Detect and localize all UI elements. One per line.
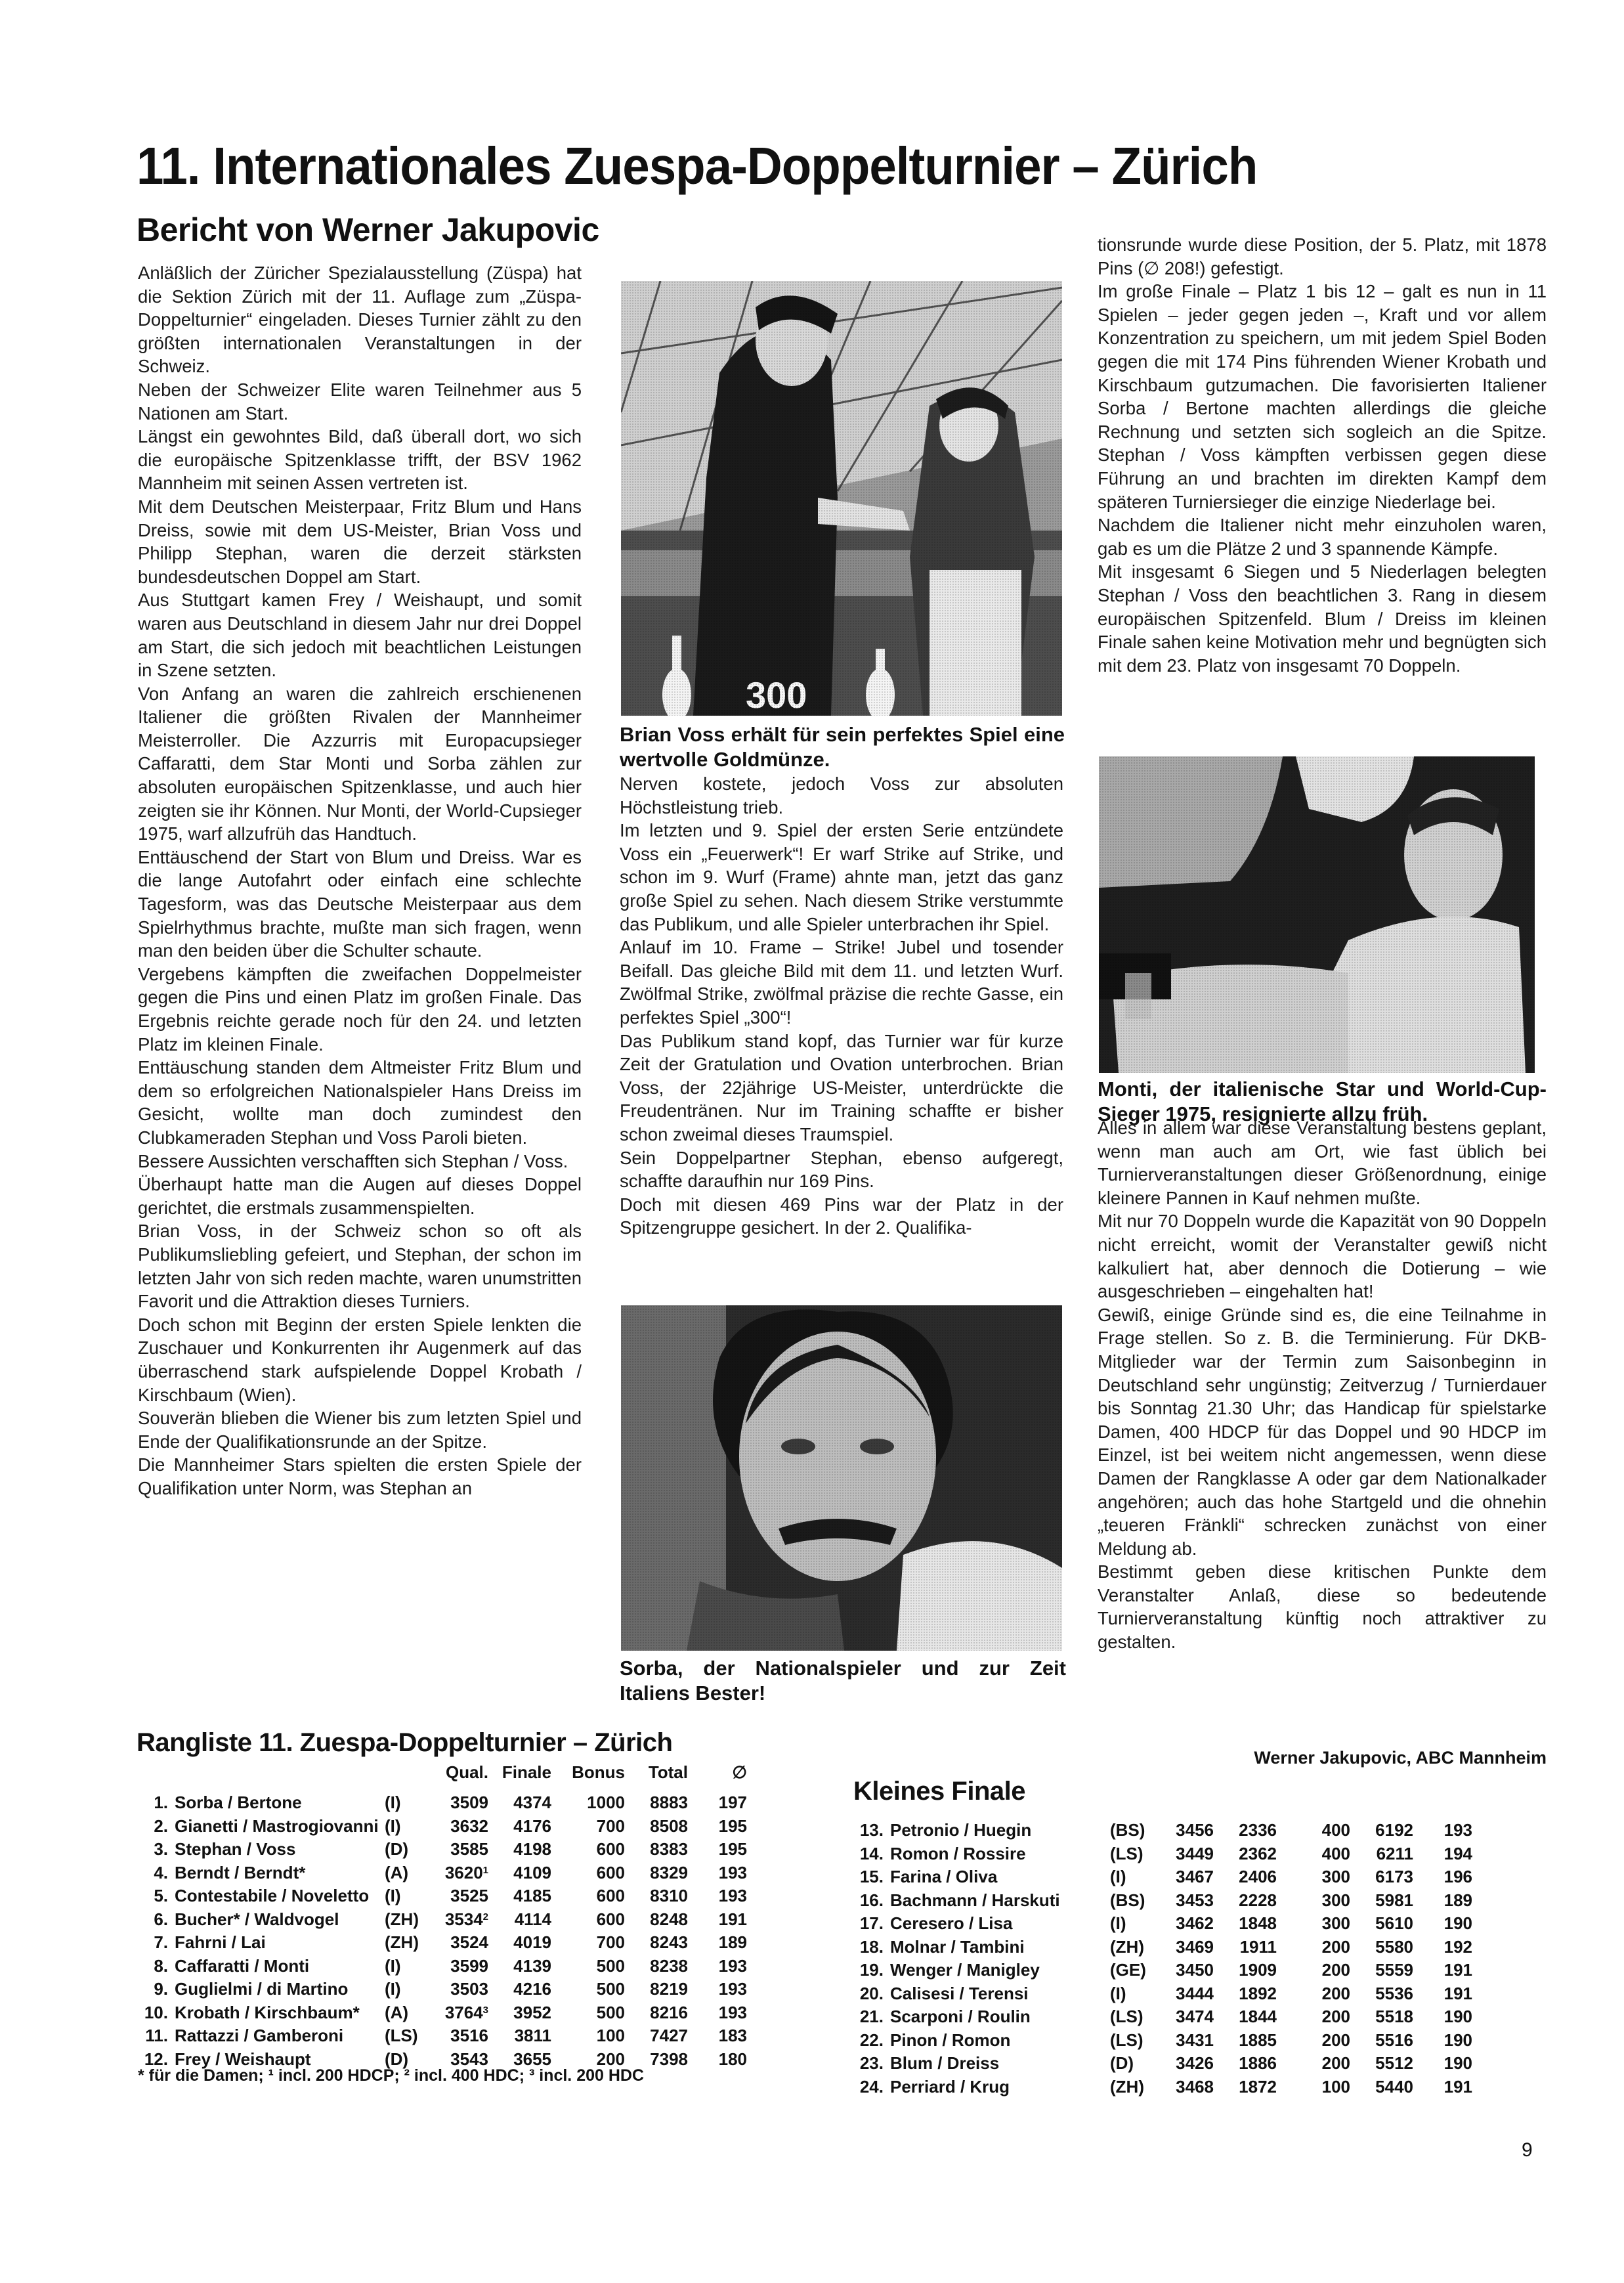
average-cell-value: 195 <box>719 1816 747 1836</box>
finale-cell-value: 1911 <box>1240 1937 1277 1957</box>
finale-cell-value: 4109 <box>513 1863 551 1882</box>
qual-cell: 37643 <box>431 2001 488 2025</box>
rank-cell-value: 1. <box>154 1793 168 1812</box>
total-cell-value: 6192 <box>1375 1820 1413 1840</box>
rank-cell-value: 16. <box>860 1890 884 1910</box>
total-cell: 8238 <box>625 1955 688 1978</box>
finale-cell-value: 2228 <box>1239 1890 1277 1910</box>
article-column-1: Anläßlich der Züricher Spezialausstellun… <box>138 261 582 1500</box>
bonus-cell-value: 200 <box>1322 1937 1350 1957</box>
footnote-marker: 3 <box>483 2005 488 2016</box>
team-name-cell-value: Farina / Oliva <box>890 1867 997 1886</box>
finale-cell-value: 1872 <box>1239 2077 1277 2097</box>
nation-cell: (I) <box>1110 1982 1156 2006</box>
nation-cell-value: (I) <box>385 1886 401 1905</box>
average-cell: 189 <box>688 1931 747 1955</box>
total-cell-value: 8248 <box>650 1909 688 1929</box>
table-row: 17.Ceresero / Lisa(I)346218483005610190 <box>853 1912 1472 1936</box>
qual-cell: 3469 <box>1156 1936 1214 1959</box>
average-cell: 190 <box>1413 1912 1472 1936</box>
average-cell: 183 <box>688 2024 747 2048</box>
rank-cell-value: 5. <box>154 1886 168 1905</box>
qual-cell: 3503 <box>431 1978 488 2001</box>
team-name-cell-value: Sorba / Bertone <box>175 1793 302 1812</box>
average-cell-value: 197 <box>719 1793 747 1812</box>
nation-cell-value: (I) <box>385 1979 401 1999</box>
qual-cell: 3426 <box>1156 2052 1214 2076</box>
qual-cell: 3453 <box>1156 1889 1214 1913</box>
bonus-cell-value: 200 <box>1322 2030 1350 2050</box>
rank-cell: 18. <box>853 1936 890 1959</box>
team-name-cell-value: Bucher* / Waldvogel <box>175 1909 339 1929</box>
qual-cell-value: 3474 <box>1176 2007 1214 2026</box>
finale-cell: 2336 <box>1214 1819 1277 1842</box>
average-cell: 197 <box>688 1791 747 1815</box>
team-name-cell: Guglielmi / di Martino <box>175 1978 385 2001</box>
rank-cell: 17. <box>853 1912 890 1936</box>
rank-cell-value: 18. <box>860 1937 884 1957</box>
rank-cell: 7. <box>138 1931 175 1955</box>
paragraph: tionsrunde wurde diese Position, der 5. … <box>1098 233 1547 280</box>
nation-cell-value: (GE) <box>1110 1960 1146 1980</box>
team-name-cell-value: Gianetti / Mastrogiovanni <box>175 1816 379 1836</box>
qual-cell-value: 3462 <box>1176 1913 1214 1933</box>
nation-cell-value: (ZH) <box>1110 2077 1144 2097</box>
team-name-cell-value: Contestabile / Noveletto <box>175 1886 369 1905</box>
rank-cell-value: 11. <box>145 2026 168 2045</box>
bonus-cell: 400 <box>1277 1819 1350 1842</box>
nation-cell: (ZH) <box>1110 1936 1156 1959</box>
bonus-cell: 200 <box>1277 1982 1350 2006</box>
team-name-cell: Sorba / Bertone <box>175 1791 385 1815</box>
team-name-cell: Farina / Oliva <box>890 1865 1110 1889</box>
qual-cell: 3449 <box>1156 1842 1214 1866</box>
rank-cell: 2. <box>138 1815 175 1838</box>
total-cell-value: 5559 <box>1375 1960 1413 1980</box>
total-cell: 7427 <box>625 2024 688 2048</box>
rank-cell: 8. <box>138 1955 175 1978</box>
nation-cell: (A) <box>385 2001 431 2025</box>
team-name-cell-value: Ceresero / Lisa <box>890 1913 1012 1933</box>
team-name-cell-value: Rattazzi / Gamberoni <box>175 2026 343 2045</box>
team-name-cell: Bucher* / Waldvogel <box>175 1908 385 1932</box>
finale-cell: 1848 <box>1214 1912 1277 1936</box>
column-header-average: ∅ <box>688 1762 747 1791</box>
author-signature: Werner Jakupovic, ABC Mannheim <box>1098 1748 1547 1768</box>
finale-cell-value: 1848 <box>1239 1913 1277 1933</box>
team-name-cell-value: Calisesi / Terensi <box>890 1984 1029 2003</box>
total-cell-value: 8508 <box>650 1816 688 1836</box>
paragraph: Neben der Schweizer Elite waren Teilnehm… <box>138 378 582 425</box>
average-cell-value: 194 <box>1444 1844 1472 1863</box>
total-cell: 8248 <box>625 1908 688 1932</box>
total-cell-value: 5981 <box>1375 1890 1413 1910</box>
finale-cell-value: 1892 <box>1239 1984 1277 2003</box>
qual-cell-value: 3620 <box>445 1863 483 1882</box>
qual-cell: 3467 <box>1156 1865 1214 1889</box>
finale-cell-value: 2336 <box>1239 1820 1277 1840</box>
total-cell: 8243 <box>625 1931 688 1955</box>
average-cell: 191 <box>1413 2076 1472 2099</box>
nation-cell-value: (A) <box>385 1863 408 1882</box>
finale-cell: 2228 <box>1214 1889 1277 1913</box>
nation-cell-value: (BS) <box>1110 1890 1145 1910</box>
average-cell-value: 189 <box>719 1932 747 1952</box>
qual-cell-value: 3444 <box>1176 1984 1214 2003</box>
team-name-cell-value: Krobath / Kirschbaum* <box>175 2003 360 2022</box>
rank-cell: 19. <box>853 1959 890 1982</box>
team-name-cell-value: Wenger / Manigley <box>890 1960 1040 1980</box>
finale-cell-value: 4114 <box>515 1909 551 1929</box>
qual-cell-value: 3525 <box>450 1886 488 1905</box>
average-cell: 191 <box>1413 1959 1472 1982</box>
average-cell: 196 <box>1413 1865 1472 1889</box>
photo-caption-voss: Brian Voss erhält für sein perfektes Spi… <box>620 722 1065 772</box>
team-name-cell: Fahrni / Lai <box>175 1931 385 1955</box>
bonus-cell-value: 300 <box>1322 1867 1350 1886</box>
nation-cell: (ZH) <box>385 1931 431 1955</box>
table-row: 3.Stephan / Voss(D)358541986008383195 <box>138 1838 747 1861</box>
qual-cell-value: 3469 <box>1176 1937 1214 1957</box>
average-cell: 190 <box>1413 2029 1472 2053</box>
nation-cell-value: (I) <box>385 1956 401 1976</box>
average-cell: 193 <box>688 1955 747 1978</box>
nation-cell: (I) <box>385 1978 431 2001</box>
average-cell: 190 <box>1413 2005 1472 2029</box>
page-number: 9 <box>1522 2139 1533 2162</box>
nation-cell: (BS) <box>1110 1889 1156 1913</box>
nation-cell: (I) <box>1110 1912 1156 1936</box>
team-name-cell: Bachmann / Harskuti <box>890 1889 1110 1913</box>
total-cell: 5559 <box>1350 1959 1413 1982</box>
bonus-cell-value: 200 <box>1322 1960 1350 1980</box>
nation-cell: (LS) <box>385 2024 431 2048</box>
total-cell-value: 8219 <box>650 1979 688 1999</box>
rank-cell-value: 3. <box>154 1839 168 1859</box>
table-row: 23.Blum / Dreiss(D)342618862005512190 <box>853 2052 1472 2076</box>
finale-cell: 3952 <box>488 2001 551 2025</box>
finale-cell-value: 3952 <box>513 2003 551 2022</box>
finale-cell: 1892 <box>1214 1982 1277 2006</box>
paragraph: Mit insgesamt 6 Siegen und 5 Niederlagen… <box>1098 560 1547 677</box>
average-cell: 193 <box>688 1861 747 1885</box>
average-cell: 191 <box>1413 1982 1472 2006</box>
bonus-cell: 100 <box>551 2024 625 2048</box>
bonus-cell-value: 100 <box>1322 2077 1350 2097</box>
bonus-cell-value: 500 <box>597 1979 625 1999</box>
finale-cell: 4109 <box>488 1861 551 1885</box>
total-cell: 5440 <box>1350 2076 1413 2099</box>
team-name-cell-value: Scarponi / Roulin <box>890 2007 1031 2026</box>
average-cell: 195 <box>688 1838 747 1861</box>
total-cell: 8383 <box>625 1838 688 1861</box>
qual-cell: 3585 <box>431 1838 488 1861</box>
qual-cell: 36201 <box>431 1861 488 1885</box>
average-cell-value: 191 <box>1444 1960 1472 1980</box>
qual-cell: 3599 <box>431 1955 488 1978</box>
table-row: 22.Pinon / Romon(LS)343118852005516190 <box>853 2029 1472 2053</box>
bonus-cell: 100 <box>1277 2076 1350 2099</box>
paragraph: Mit nur 70 Doppeln wurde die Kapazität v… <box>1098 1209 1547 1303</box>
team-name-cell: Petronio / Huegin <box>890 1819 1110 1842</box>
paragraph: Nerven kostete, jedoch Voss zur absolute… <box>620 772 1063 819</box>
qual-cell: 3516 <box>431 2024 488 2048</box>
qual-cell-value: 3450 <box>1176 1960 1214 1980</box>
finale-cell: 3811 <box>488 2024 551 2048</box>
bonus-cell-value: 200 <box>1322 2053 1350 2073</box>
bonus-cell-value: 400 <box>1322 1820 1350 1840</box>
team-name-cell-value: Blum / Dreiss <box>890 2053 999 2073</box>
qual-cell-value: 3534 <box>445 1909 483 1929</box>
footnote-marker: 1 <box>483 1865 488 1876</box>
nation-cell-value: (ZH) <box>385 1932 419 1952</box>
rank-cell-value: 7. <box>154 1932 168 1952</box>
nation-cell-value: (I) <box>1110 1867 1126 1886</box>
table-row: 9.Guglielmi / di Martino(I)3503421650082… <box>138 1978 747 2001</box>
bonus-cell: 500 <box>551 2001 625 2025</box>
table-row: 6.Bucher* / Waldvogel(ZH)353424114600824… <box>138 1908 747 1932</box>
total-cell: 5610 <box>1350 1912 1413 1936</box>
bonus-cell: 300 <box>1277 1889 1350 1913</box>
table-row: 10.Krobath / Kirschbaum*(A)3764339525008… <box>138 2001 747 2025</box>
rank-cell-value: 17. <box>860 1913 884 1933</box>
finale-cell-value: 1886 <box>1239 2053 1277 2073</box>
team-name-cell-value: Pinon / Romon <box>890 2030 1010 2050</box>
average-cell: 193 <box>688 2001 747 2025</box>
article-column-2: Nerven kostete, jedoch Voss zur absolute… <box>620 772 1063 1240</box>
rank-cell-value: 2. <box>154 1816 168 1836</box>
column-header-bonus: Bonus <box>551 1762 625 1791</box>
finale-cell: 4185 <box>488 1884 551 1908</box>
rank-cell-value: 19. <box>860 1960 884 1980</box>
bonus-cell: 500 <box>551 1955 625 1978</box>
average-cell-value: 193 <box>719 1863 747 1882</box>
qual-cell-value: 3516 <box>450 2026 488 2045</box>
rank-cell-value: 14. <box>860 1844 884 1863</box>
total-cell: 8216 <box>625 2001 688 2025</box>
nation-cell: (LS) <box>1110 2029 1156 2053</box>
paragraph: Längst ein gewohntes Bild, daß überall d… <box>138 425 582 495</box>
rank-cell-value: 24. <box>860 2077 884 2097</box>
qual-cell: 3444 <box>1156 1982 1214 2006</box>
bonus-cell-value: 1000 <box>587 1793 625 1812</box>
total-cell-value: 7398 <box>650 2049 688 2069</box>
qual-cell: 3474 <box>1156 2005 1214 2029</box>
paragraph: Anläßlich der Züricher Spezialausstellun… <box>138 261 582 378</box>
finale-cell-value: 4374 <box>513 1793 551 1812</box>
nation-cell: (ZH) <box>385 1908 431 1932</box>
average-cell: 193 <box>688 1884 747 1908</box>
finale-cell: 4374 <box>488 1791 551 1815</box>
total-cell-value: 8310 <box>650 1886 688 1905</box>
average-cell: 191 <box>688 1908 747 1932</box>
rank-cell-value: 9. <box>154 1979 168 1999</box>
table-row: 14.Romon / Rossire(LS)344923624006211194 <box>853 1842 1472 1866</box>
total-cell: 8508 <box>625 1815 688 1838</box>
finale-cell: 2362 <box>1214 1842 1277 1866</box>
average-cell-value: 190 <box>1444 2030 1472 2050</box>
average-cell-value: 190 <box>1444 2053 1472 2073</box>
total-cell-value: 8243 <box>650 1932 688 1952</box>
rank-cell: 15. <box>853 1865 890 1889</box>
paragraph: Anlauf im 10. Frame – Strike! Jubel und … <box>620 936 1063 1029</box>
nation-cell-value: (I) <box>1110 1984 1126 2003</box>
table-row: 7.Fahrni / Lai(ZH)352440197008243189 <box>138 1931 747 1955</box>
nation-cell: (A) <box>385 1861 431 1885</box>
rank-cell: 14. <box>853 1842 890 1866</box>
team-name-cell-value: Perriard / Krug <box>890 2077 1010 2097</box>
qual-cell-value: 3503 <box>450 1979 488 1999</box>
team-name-cell: Contestabile / Noveletto <box>175 1884 385 1908</box>
average-cell: 193 <box>1413 1819 1472 1842</box>
total-cell-value: 5610 <box>1375 1913 1413 1933</box>
average-cell-value: 180 <box>719 2049 747 2069</box>
rank-cell: 3. <box>138 1838 175 1861</box>
qual-cell: 3456 <box>1156 1819 1214 1842</box>
table-row: 20.Calisesi / Terensi(I)3444189220055361… <box>853 1982 1472 2006</box>
average-cell: 189 <box>1413 1889 1472 1913</box>
team-name-cell: Scarponi / Roulin <box>890 2005 1110 2029</box>
qual-cell-value: 3632 <box>450 1816 488 1836</box>
team-name-cell: Pinon / Romon <box>890 2029 1110 2053</box>
rank-cell-value: 23. <box>860 2053 884 2073</box>
nation-cell-value: (LS) <box>1110 2007 1143 2026</box>
total-cell: 5512 <box>1350 2052 1413 2076</box>
total-cell-value: 5536 <box>1375 1984 1413 2003</box>
table-row: 8.Caffaratti / Monti(I)35994139500823819… <box>138 1955 747 1978</box>
qual-cell: 3524 <box>431 1931 488 1955</box>
team-name-cell: Perriard / Krug <box>890 2076 1110 2099</box>
team-name-cell: Romon / Rossire <box>890 1842 1110 1866</box>
team-name-cell-value: Berndt / Berndt* <box>175 1863 305 1882</box>
finale-cell: 4176 <box>488 1815 551 1838</box>
average-cell: 193 <box>688 1978 747 2001</box>
bonus-cell-value: 300 <box>1322 1913 1350 1933</box>
bonus-cell-value: 300 <box>1322 1890 1350 1910</box>
finale-cell-value: 4139 <box>513 1956 551 1976</box>
nation-cell: (I) <box>385 1791 431 1815</box>
team-name-cell: Blum / Dreiss <box>890 2052 1110 2076</box>
team-name-cell: Wenger / Manigley <box>890 1959 1110 1982</box>
bonus-cell: 200 <box>1277 1936 1350 1959</box>
column-header-total: Total <box>625 1762 688 1791</box>
table-row: 16.Bachmann / Harskuti(BS)34532228300598… <box>853 1889 1472 1913</box>
team-name-cell-value: Petronio / Huegin <box>890 1820 1031 1840</box>
qual-cell: 3431 <box>1156 2029 1214 2053</box>
finale-cell-value: 2362 <box>1239 1844 1277 1863</box>
nation-cell-value: (LS) <box>1110 1844 1143 1863</box>
team-name-cell-value: Molnar / Tambini <box>890 1937 1025 1957</box>
qual-cell-value: 3431 <box>1176 2030 1214 2050</box>
qual-cell: 3632 <box>431 1815 488 1838</box>
total-cell: 8883 <box>625 1791 688 1815</box>
nation-cell: (D) <box>1110 2052 1156 2076</box>
bonus-cell: 600 <box>551 1861 625 1885</box>
average-cell-value: 193 <box>719 1979 747 1999</box>
nation-cell: (I) <box>385 1884 431 1908</box>
team-name-cell: Molnar / Tambini <box>890 1936 1110 1959</box>
nation-cell-value: (BS) <box>1110 1820 1145 1840</box>
bonus-cell-value: 400 <box>1322 1844 1350 1863</box>
nation-cell-value: (LS) <box>385 2026 418 2045</box>
photo-monti-seated <box>1099 756 1535 1073</box>
rank-cell: 11. <box>138 2024 175 2048</box>
total-cell-value: 8238 <box>650 1956 688 1976</box>
paragraph: Enttäuschung standen dem Altmeister Frit… <box>138 1056 582 1149</box>
ranking-footnote: * für die Damen; ¹ incl. 200 HDCP; ² inc… <box>138 2066 644 2085</box>
total-cell: 6173 <box>1350 1865 1413 1889</box>
paragraph: Mit dem Deutschen Meisterpaar, Fritz Blu… <box>138 495 582 588</box>
finale-cell-value: 4198 <box>513 1839 551 1859</box>
average-cell-value: 189 <box>1444 1890 1472 1910</box>
team-name-cell-value: Romon / Rossire <box>890 1844 1026 1863</box>
nation-cell-value: (ZH) <box>385 1909 419 1929</box>
article-byline: Bericht von Werner Jakupovic <box>137 210 599 250</box>
bonus-cell: 600 <box>551 1884 625 1908</box>
kleines-finale-table: 13.Petronio / Huegin(BS)3456233640061921… <box>853 1819 1472 2098</box>
team-name-cell: Stephan / Voss <box>175 1838 385 1861</box>
paragraph: Von Anfang an waren die zahlreich erschi… <box>138 682 582 846</box>
table-row: 4.Berndt / Berndt*(A)3620141096008329193 <box>138 1861 747 1885</box>
total-cell: 5516 <box>1350 2029 1413 2053</box>
average-cell-value: 191 <box>1444 2077 1472 2097</box>
rank-cell: 1. <box>138 1791 175 1815</box>
table-row: 5.Contestabile / Noveletto(I)35254185600… <box>138 1884 747 1908</box>
average-cell-value: 190 <box>1444 2007 1472 2026</box>
finale-cell: 1844 <box>1214 2005 1277 2029</box>
article-column-3-top: tionsrunde wurde diese Position, der 5. … <box>1098 233 1547 677</box>
table-header-row: Qual. Finale Bonus Total ∅ <box>138 1762 747 1791</box>
team-name-cell: Krobath / Kirschbaum* <box>175 2001 385 2025</box>
rank-cell: 6. <box>138 1908 175 1932</box>
rank-cell-value: 6. <box>154 1909 168 1929</box>
table-row: 2.Gianetti / Mastrogiovanni(I)3632417670… <box>138 1815 747 1838</box>
total-cell: 5518 <box>1350 2005 1413 2029</box>
bonus-cell-value: 700 <box>597 1932 625 1952</box>
finale-cell-value: 3811 <box>515 2026 551 2045</box>
bonus-cell: 600 <box>551 1908 625 1932</box>
photo-image <box>621 1305 1062 1651</box>
finale-cell-value: 4185 <box>513 1886 551 1905</box>
nation-cell: (I) <box>385 1955 431 1978</box>
nation-cell: (LS) <box>1110 1842 1156 1866</box>
finale-cell: 1886 <box>1214 2052 1277 2076</box>
qual-cell: 35342 <box>431 1908 488 1932</box>
average-cell-value: 193 <box>1444 1820 1472 1840</box>
rank-cell-value: 15. <box>860 1867 884 1886</box>
bonus-cell-value: 500 <box>597 2003 625 2022</box>
ranking-table: Qual. Finale Bonus Total ∅ 1.Sorba / Ber… <box>138 1762 747 2071</box>
rank-cell-value: 8. <box>154 1956 168 1976</box>
rank-cell: 23. <box>853 2052 890 2076</box>
rank-cell: 4. <box>138 1861 175 1885</box>
rank-cell: 24. <box>853 2076 890 2099</box>
nation-cell: (GE) <box>1110 1959 1156 1982</box>
paragraph: Nachdem die Italiener nicht mehr einzuho… <box>1098 513 1547 560</box>
table-row: 18.Molnar / Tambini(ZH)34691911200558019… <box>853 1936 1472 1959</box>
qual-cell: 3462 <box>1156 1912 1214 1936</box>
table-row: 24.Perriard / Krug(ZH)346818721005440191 <box>853 2076 1472 2099</box>
average-cell-value: 193 <box>719 1886 747 1905</box>
finale-cell-value: 1885 <box>1239 2030 1277 2050</box>
nation-cell-value: (A) <box>385 2003 408 2022</box>
rank-cell-value: 22. <box>860 2030 884 2050</box>
kleines-finale-title: Kleines Finale <box>853 1775 1025 1807</box>
rank-cell: 20. <box>853 1982 890 2006</box>
paragraph: Doch mit diesen 469 Pins war der Platz i… <box>620 1193 1063 1240</box>
qual-cell-value: 3468 <box>1176 2077 1214 2097</box>
photo-image: 300 <box>621 281 1062 716</box>
